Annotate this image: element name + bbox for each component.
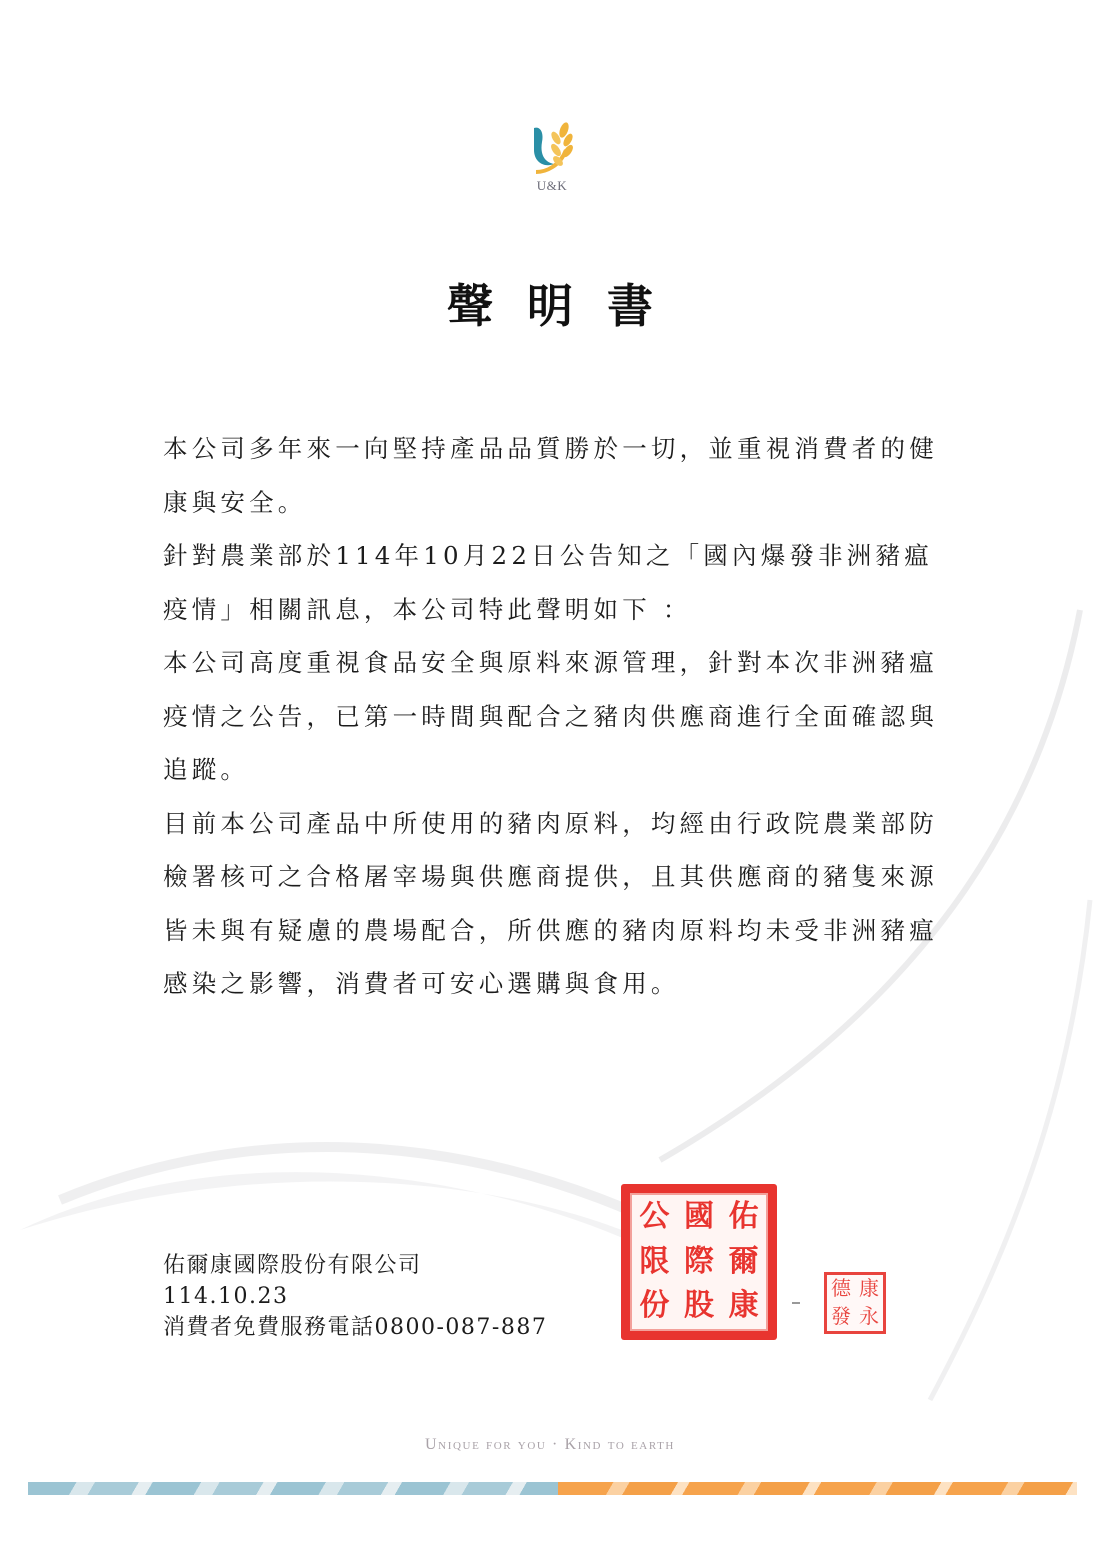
wheat-u-logo-icon bbox=[530, 120, 574, 176]
company-logo: U&K bbox=[527, 120, 577, 204]
document-title: 聲明書 bbox=[0, 270, 1100, 336]
seal-char: 永 bbox=[855, 1303, 883, 1331]
slogan-separator: · bbox=[552, 1436, 559, 1453]
seal-char: 限 bbox=[632, 1240, 677, 1285]
seal-char: 際 bbox=[677, 1240, 722, 1285]
statement-body: 本公司多年來一向堅持產品品質勝於一切，並重視消費者的健康與安全。 針對農業部於1… bbox=[163, 422, 938, 1011]
footer-bar-blue-segment bbox=[28, 1482, 558, 1495]
seal-char: 股 bbox=[677, 1284, 722, 1329]
paragraph-1: 本公司多年來一向堅持產品品質勝於一切，並重視消費者的健康與安全。 bbox=[163, 422, 938, 529]
seal-char: 公 bbox=[632, 1195, 677, 1240]
seal-char: 發 bbox=[827, 1303, 855, 1331]
logo-brand-text: U&K bbox=[527, 178, 577, 194]
seal-char: 康 bbox=[855, 1275, 883, 1303]
slogan-part-1: Unique for you bbox=[425, 1436, 546, 1453]
seal-char: 佑 bbox=[721, 1195, 766, 1240]
seal-char: 份 bbox=[632, 1284, 677, 1329]
company-seal-stamp: 公 國 佑 限 際 爾 份 股 康 bbox=[621, 1184, 777, 1340]
paragraph-2: 針對農業部於114年10月22日公告知之「國內爆發非洲豬瘟疫情」相關訊息，本公司… bbox=[163, 529, 938, 636]
brand-slogan: Unique for you · Kind to earth bbox=[0, 1436, 1100, 1454]
consumer-hotline: 消費者免費服務電話0800-087-887 bbox=[163, 1312, 547, 1343]
footer-decorative-bar bbox=[28, 1482, 1077, 1495]
divider-dash bbox=[792, 1302, 800, 1304]
issue-date: 114.10.23 bbox=[163, 1281, 547, 1312]
signature-block: 佑爾康國際股份有限公司 114.10.23 消費者免費服務電話0800-087-… bbox=[163, 1250, 547, 1343]
seal-char: 爾 bbox=[721, 1240, 766, 1285]
seal-char: 國 bbox=[677, 1195, 722, 1240]
paragraph-4: 目前本公司產品中所使用的豬肉原料，均經由行政院農業部防檢署核可之合格屠宰場與供應… bbox=[163, 797, 938, 1011]
slogan-part-2: Kind to earth bbox=[565, 1436, 675, 1453]
footer-bar-orange-segment bbox=[558, 1482, 1077, 1495]
seal-char: 德 bbox=[827, 1275, 855, 1303]
company-name: 佑爾康國際股份有限公司 bbox=[163, 1250, 547, 1281]
representative-seal-stamp: 德 康 發 永 bbox=[824, 1272, 886, 1334]
seal-char: 康 bbox=[721, 1284, 766, 1329]
paragraph-3: 本公司高度重視食品安全與原料來源管理，針對本次非洲豬瘟疫情之公告，已第一時間與配… bbox=[163, 636, 938, 797]
